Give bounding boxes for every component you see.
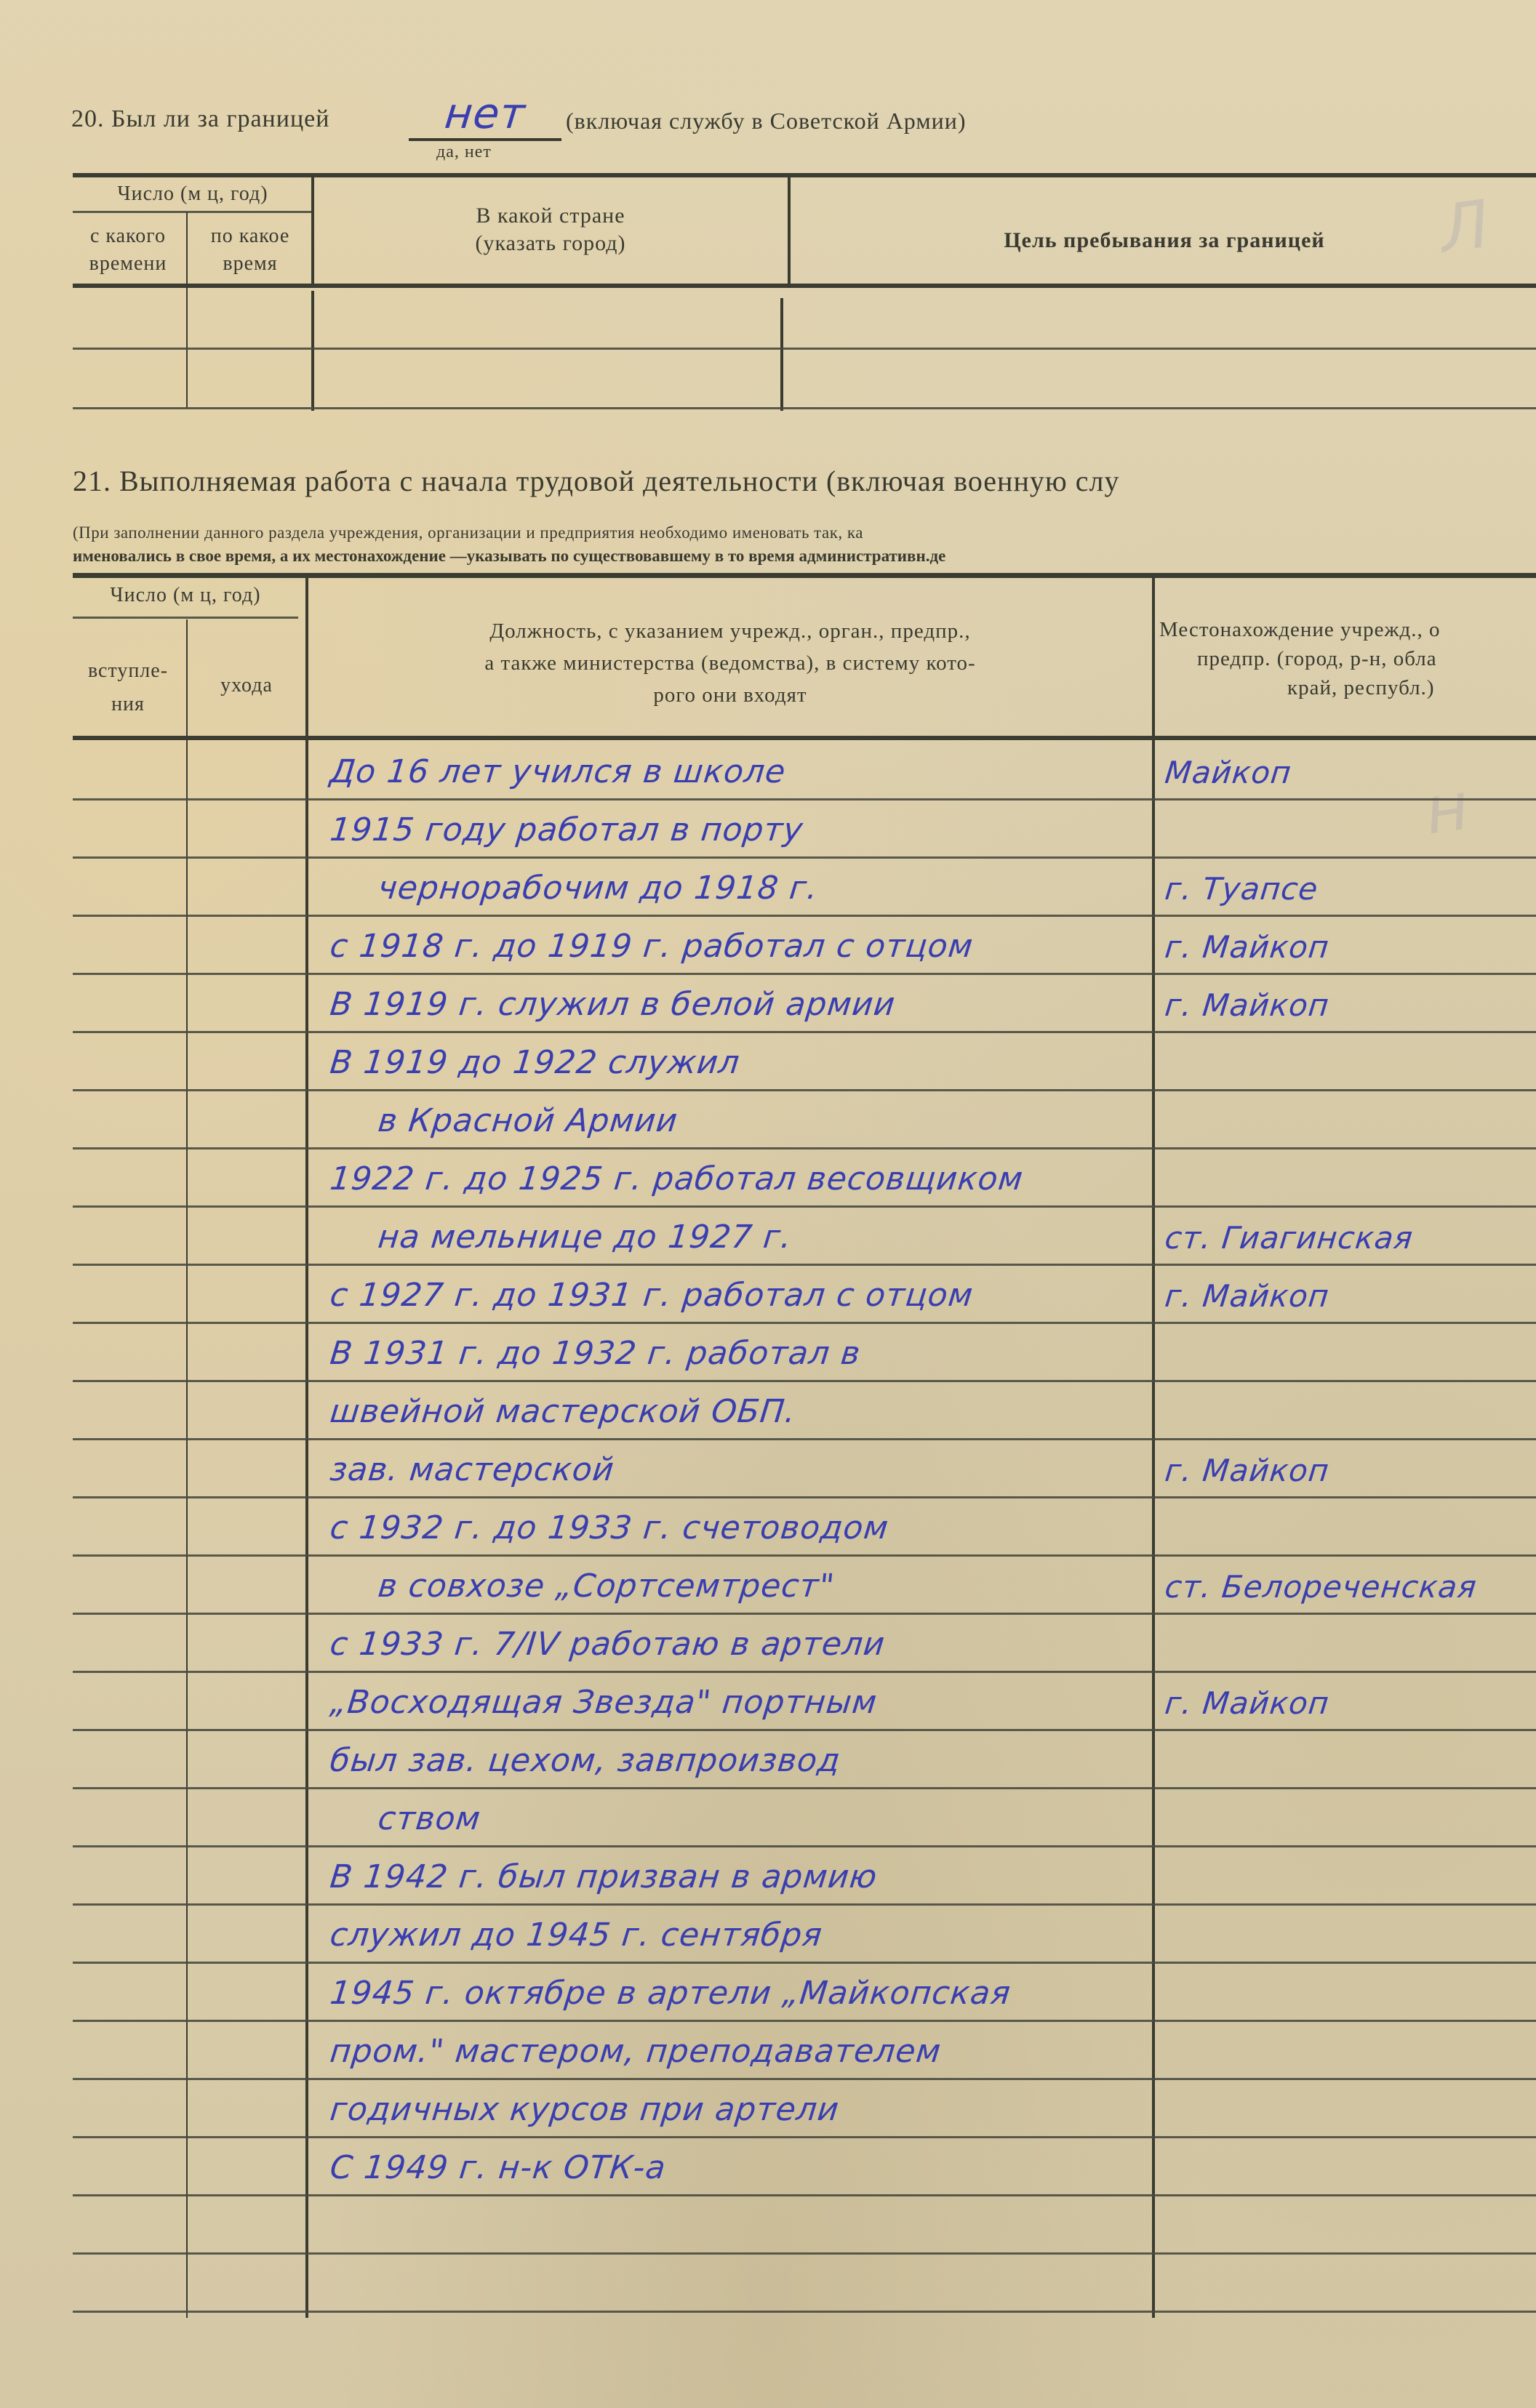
cell-position: В 1919 до 1922 служил <box>328 1044 742 1081</box>
bleed-through-mark: н <box>1420 768 1473 849</box>
cell-start-date <box>73 1147 186 1205</box>
cell-location: г. Майкоп <box>1163 987 1331 1023</box>
cell-start-date <box>73 1438 186 1496</box>
cell-end-date <box>188 973 305 1031</box>
cell-start-date <box>73 1205 186 1264</box>
cell-end-date <box>188 2136 305 2194</box>
t2-col-position: Должность, с указанием учрежд., орган., … <box>308 615 1152 711</box>
cell-end-date <box>188 2078 305 2136</box>
cell-position: в Красной Армии <box>376 1102 679 1139</box>
cell-start-date <box>73 2020 186 2078</box>
cell-position: с 1927 г. до 1931 г. работал с отцом <box>328 1277 975 1314</box>
cell-position: В 1919 г. служил в белой армии <box>328 986 897 1023</box>
cell-location: Майкоп <box>1163 755 1293 790</box>
cell-start-date <box>73 1380 186 1438</box>
cell-start-date <box>73 2078 186 2136</box>
cell-end-date <box>188 1903 305 1962</box>
section-20-note: (включая службу в Советской Армии) <box>566 108 966 135</box>
cell-position: зав. мастерской <box>328 1451 616 1488</box>
section-21-note-line1: (При заполнении данного раздела учрежден… <box>73 523 863 542</box>
cell-position: служил до 1945 г. сентября <box>328 1917 824 1954</box>
cell-position: в совхозе „Сортсемтрест" <box>376 1568 836 1605</box>
cell-start-date <box>73 915 186 973</box>
cell-end-date <box>188 1845 305 1903</box>
t1-col-from: с какого времени <box>70 222 186 278</box>
cell-start-date <box>73 1554 186 1613</box>
cell-start-date <box>73 1322 186 1380</box>
section-21-title: 21. Выполняемая работа с начала трудовой… <box>73 464 1119 498</box>
t1-col-country: В какой стране (указать город) <box>314 202 787 257</box>
cell-end-date <box>188 1729 305 1787</box>
cell-end-date <box>188 1264 305 1322</box>
cell-start-date <box>73 1845 186 1903</box>
cell-end-date <box>188 1554 305 1613</box>
cell-location: г. Майкоп <box>1163 1278 1331 1314</box>
cell-end-date <box>188 740 305 798</box>
section-20-question: 20. Был ли за границей <box>71 105 329 132</box>
cell-position: швейной мастерской ОБП. <box>328 1393 798 1430</box>
cell-start-date <box>73 1496 186 1554</box>
cell-position: с 1933 г. 7/IV работаю в артели <box>328 1626 887 1663</box>
cell-end-date <box>188 1613 305 1671</box>
section-20-title: 20. Был ли за границей <box>71 105 329 133</box>
cell-end-date <box>188 1147 305 1205</box>
t2-col-end: ухода <box>188 672 305 699</box>
cell-end-date <box>188 2252 305 2311</box>
cell-position: „Восходящая Звезда" портным <box>328 1684 879 1721</box>
cell-location: г. Туапсе <box>1163 871 1320 907</box>
cell-start-date <box>73 1962 186 2020</box>
cell-position: чернорабочим до 1918 г. <box>376 870 820 907</box>
cell-start-date <box>73 1264 186 1322</box>
cell-end-date <box>188 1031 305 1089</box>
cell-location: г. Майкоп <box>1163 929 1331 965</box>
cell-end-date <box>188 1671 305 1729</box>
t2-col-location: Местонахождение учрежд., о предпр. (горо… <box>1156 615 1536 702</box>
cell-position: 1922 г. до 1925 г. работал весовщиком <box>328 1160 1025 1197</box>
cell-location: ст. Гиагинская <box>1163 1220 1415 1256</box>
cell-start-date <box>73 1613 186 1671</box>
cell-location: ст. Белореченская <box>1163 1569 1479 1605</box>
cell-location: г. Майкоп <box>1163 1685 1331 1721</box>
section-20-answer-hint: да, нет <box>436 143 492 162</box>
cell-start-date <box>73 2194 186 2252</box>
cell-end-date <box>188 1962 305 2020</box>
cell-end-date <box>188 2194 305 2252</box>
cell-start-date <box>73 1031 186 1089</box>
cell-start-date <box>73 2136 186 2194</box>
cell-end-date <box>188 1322 305 1380</box>
cell-end-date <box>188 798 305 856</box>
cell-position: До 16 лет учился в школе <box>328 753 788 790</box>
section-21-note-line2: именовались в свое время, а их местонахо… <box>73 547 945 566</box>
cell-start-date <box>73 856 186 915</box>
section-20-answer: нет <box>442 89 528 138</box>
cell-start-date <box>73 1671 186 1729</box>
cell-end-date <box>188 1438 305 1496</box>
cell-end-date <box>188 915 305 973</box>
cell-start-date <box>73 1787 186 1845</box>
cell-start-date <box>73 1903 186 1962</box>
cell-position: ством <box>376 1800 482 1837</box>
column-divider <box>1152 740 1155 2318</box>
cell-end-date <box>188 1787 305 1845</box>
cell-location: г. Майкоп <box>1163 1453 1331 1488</box>
column-divider <box>305 740 308 2318</box>
cell-start-date <box>73 798 186 856</box>
cell-position: был зав. цехом, завпроизвод <box>328 1742 842 1779</box>
section-20-answer-field[interactable]: нет <box>409 87 561 141</box>
cell-start-date <box>73 973 186 1031</box>
t1-date-group-header: Число (м ц, год) <box>73 180 313 208</box>
cell-position: С 1949 г. н-к ОТК-а <box>328 2149 668 2186</box>
t2-date-group-header: Число (м ц, год) <box>73 582 298 609</box>
cell-start-date <box>73 740 186 798</box>
cell-end-date <box>188 1089 305 1147</box>
cell-position: В 1942 г. был призван в армию <box>328 1858 879 1895</box>
cell-end-date <box>188 1205 305 1264</box>
cell-position: годичных курсов при артели <box>328 2091 841 2128</box>
cell-end-date <box>188 1380 305 1438</box>
cell-start-date <box>73 2252 186 2311</box>
cell-end-date <box>188 1496 305 1554</box>
cell-position: с 1918 г. до 1919 г. работал с отцом <box>328 928 975 965</box>
t1-col-to: по какое время <box>188 222 313 278</box>
row-rule <box>73 2311 1536 2313</box>
cell-start-date <box>73 1729 186 1787</box>
t1-col-purpose: Цель пребывания за границей <box>793 227 1536 254</box>
cell-position: В 1931 г. до 1932 г. работал в <box>328 1335 863 1372</box>
cell-position: с 1932 г. до 1933 г. счетоводом <box>328 1509 890 1546</box>
cell-position: 1945 г. октябре в артели „Майкопская <box>328 1975 1012 2012</box>
cell-end-date <box>188 856 305 915</box>
cell-position: на мельнице до 1927 г. <box>376 1219 793 1256</box>
cell-position: пром." мастером, преподавателем <box>328 2033 943 2070</box>
cell-start-date <box>73 1089 186 1147</box>
t2-col-start: вступле- ния <box>70 654 186 721</box>
cell-end-date <box>188 2020 305 2078</box>
cell-position: 1915 году работал в порту <box>328 811 805 848</box>
